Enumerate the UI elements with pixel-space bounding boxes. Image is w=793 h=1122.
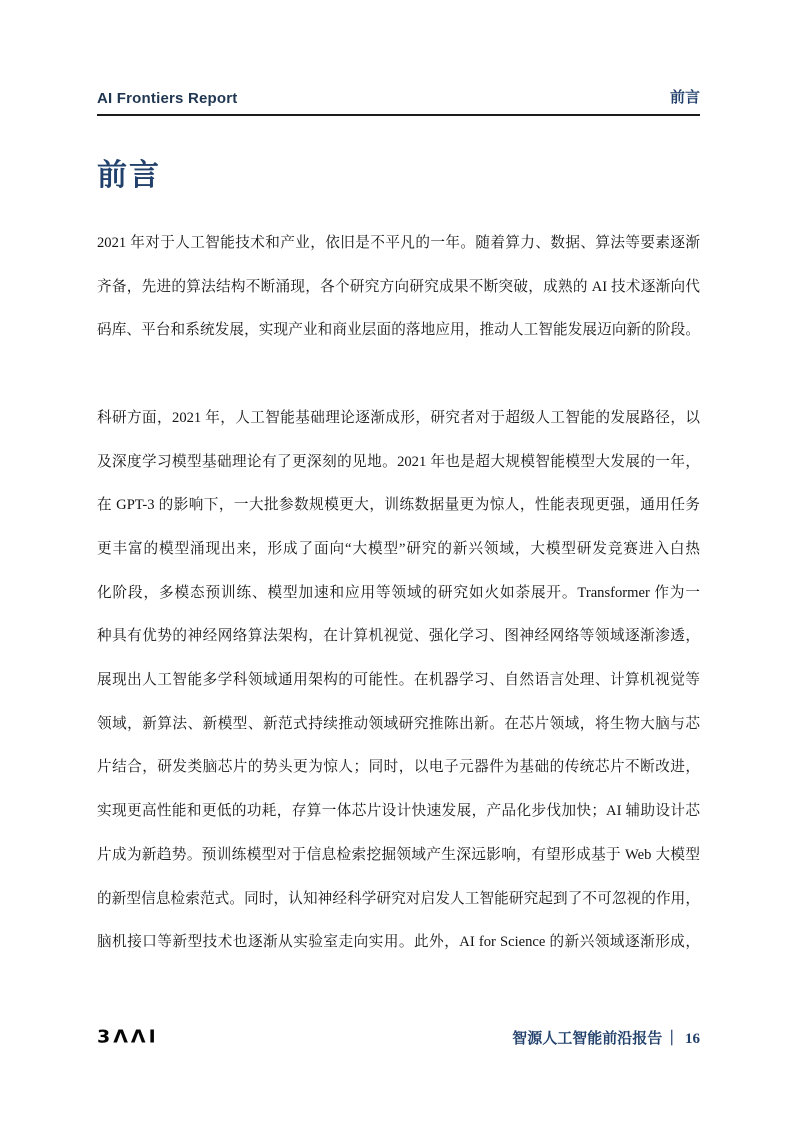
text-line: 及深度学习模型基础理论有了更深刻的见地。2021 年也是超大规模智能模型大发展的… [97, 441, 700, 485]
document-page: AI Frontiers Report 前言 前言 2021 年对于人工智能技术… [0, 0, 793, 1122]
page-header: AI Frontiers Report 前言 [97, 86, 700, 116]
text-line: 码库、平台和系统发展，实现产业和商业层面的落地应用，推动人工智能发展迈向新的阶段… [97, 309, 700, 353]
text-line: 实现更高性能和更低的功耗，存算一体芯片设计快速发展，产品化步伐加快；AI 辅助设… [97, 790, 700, 834]
paragraph: 2021 年对于人工智能技术和产业，依旧是不平凡的一年。随着算力、数据、算法等要… [97, 222, 700, 353]
baai-logo: 3ΛΛI [97, 1027, 159, 1047]
header-section-label: 前言 [670, 86, 700, 107]
page-title: 前言 [97, 150, 161, 194]
text-line: 片成为新趋势。预训练模型对于信息检索挖掘领域产生深远影响，有望形成基于 Web … [97, 834, 700, 878]
text-line: 领域，新算法、新模型、新范式持续推动领域研究推陈出新。在芯片领域，将生物大脑与芯 [97, 703, 700, 747]
footer-separator: ｜ [664, 1031, 679, 1047]
footer-page-number: 16 [685, 1031, 700, 1047]
text-line: 片结合，研发类脑芯片的势头更为惊人；同时，以电子元器件为基础的传统芯片不断改进， [97, 746, 700, 790]
text-line: 脑机接口等新型技术也逐渐从实验室走向实用。此外，AI for Science 的… [97, 921, 700, 965]
paragraph: 科研方面，2021 年，人工智能基础理论逐渐成形，研究者对于超级人工智能的发展路… [97, 397, 700, 965]
header-report-title: AI Frontiers Report [97, 90, 237, 107]
text-line: 的新型信息检索范式。同时，认知神经科学研究对启发人工智能研究起到了不可忽视的作用… [97, 878, 700, 922]
footer-report-name: 智源人工智能前沿报告 [512, 1031, 662, 1047]
text-line: 2021 年对于人工智能技术和产业，依旧是不平凡的一年。随着算力、数据、算法等要… [97, 222, 700, 266]
text-line: 化阶段，多模态预训练、模型加速和应用等领域的研究如火如荼展开。Transform… [97, 572, 700, 616]
text-line: 更丰富的模型涌现出来，形成了面向“大模型”研究的新兴领域，大模型研发竞赛进入白热 [97, 528, 700, 572]
page-footer: 3ΛΛI 智源人工智能前沿报告｜ 16 [97, 1026, 700, 1048]
text-line: 展现出人工智能多学科领域通用架构的可能性。在机器学习、自然语言处理、计算机视觉等 [97, 659, 700, 703]
text-line: 齐备，先进的算法结构不断涌现，各个研究方向研究成果不断突破，成熟的 AI 技术逐… [97, 266, 700, 310]
footer-page-info: 智源人工智能前沿报告｜ 16 [512, 1027, 700, 1048]
text-line: 科研方面，2021 年，人工智能基础理论逐渐成形，研究者对于超级人工智能的发展路… [97, 397, 700, 441]
text-line: 在 GPT-3 的影响下，一大批参数规模更大，训练数据量更为惊人，性能表现更强，… [97, 484, 700, 528]
paragraphs: 2021 年对于人工智能技术和产业，依旧是不平凡的一年。随着算力、数据、算法等要… [97, 222, 700, 965]
text-line: 种具有优势的神经网络算法架构，在计算机视觉、强化学习、图神经网络等领域逐渐渗透， [97, 615, 700, 659]
